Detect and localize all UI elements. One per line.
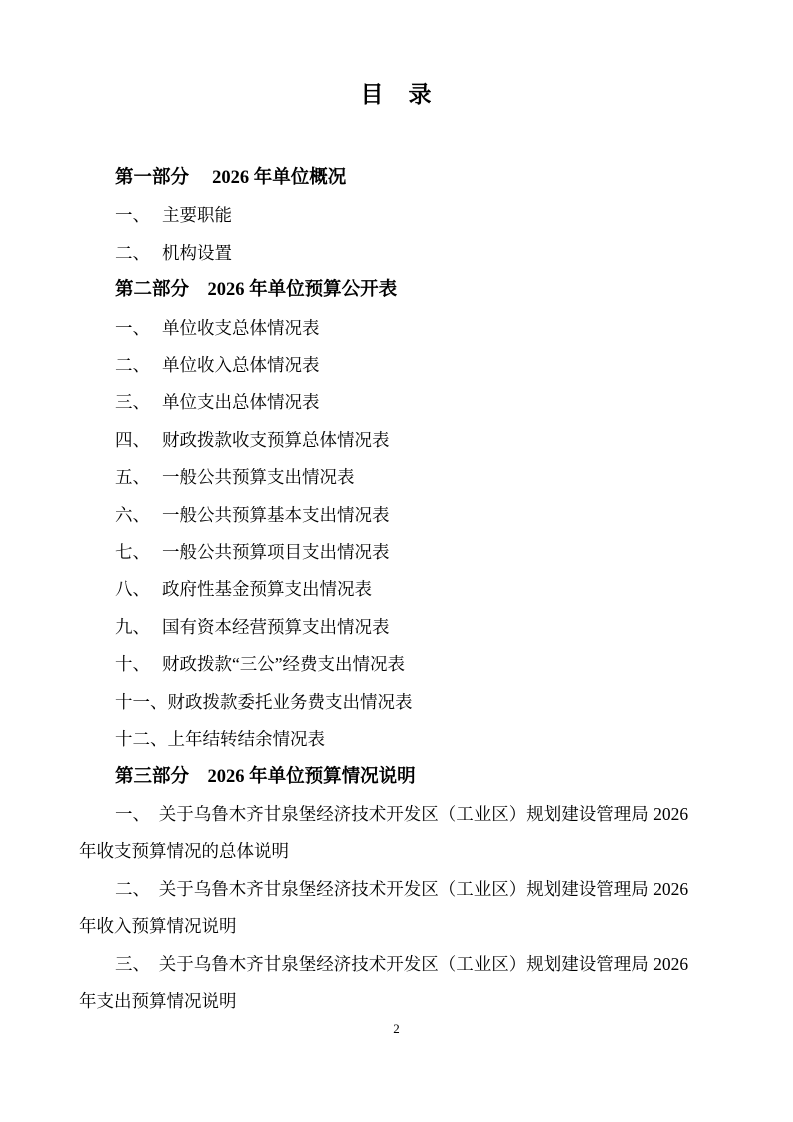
toc-entry-number: 一、	[115, 310, 162, 347]
toc-entry: 三、 单位支出总体情况表	[79, 384, 714, 421]
section-heading-part2: 第二部分 2026 年单位预算公开表	[79, 272, 714, 309]
toc-entry: 十二、 上年结转结余情况表	[79, 721, 714, 758]
toc-entry-number: 五、	[115, 459, 162, 496]
table-of-contents: 第一部分 2026 年单位概况 一、 主要职能 二、 机构设置 第二部分 202…	[79, 160, 714, 1020]
section-heading-part1: 第一部分 2026 年单位概况	[79, 160, 714, 197]
toc-entry-number: 十一、	[115, 684, 168, 721]
toc-entry-number: 二、	[115, 235, 162, 272]
toc-entry: 二、 单位收入总体情况表	[79, 347, 714, 384]
toc-entry: 一、 单位收支总体情况表	[79, 310, 714, 347]
toc-entry-number: 八、	[115, 571, 162, 608]
toc-entry-label: 上年结转结余情况表	[168, 721, 326, 758]
toc-entry: 十一、 财政拨款委托业务费支出情况表	[79, 684, 714, 721]
toc-entry: 八、 政府性基金预算支出情况表	[79, 571, 714, 608]
toc-entry-number: 十二、	[115, 721, 168, 758]
toc-entry: 二、 机构设置	[79, 235, 714, 272]
toc-entry: 四、 财政拨款收支预算总体情况表	[79, 422, 714, 459]
toc-entry: 七、 一般公共预算项目支出情况表	[79, 534, 714, 571]
toc-entry-label: 财政拨款收支预算总体情况表	[162, 422, 390, 459]
toc-entry: 五、 一般公共预算支出情况表	[79, 459, 714, 496]
toc-entry: 一、 主要职能	[79, 197, 714, 234]
toc-entry-number: 二、	[115, 347, 162, 384]
document-page: 目 录 第一部分 2026 年单位概况 一、 主要职能 二、 机构设置 第二部分…	[0, 0, 793, 1122]
toc-entry-number: 七、	[115, 534, 162, 571]
toc-entry: 十、 财政拨款“三公”经费支出情况表	[79, 646, 714, 683]
toc-paragraph-line: 年收支预算情况的总体说明	[79, 833, 714, 870]
toc-entry-label: 一般公共预算基本支出情况表	[162, 497, 390, 534]
page-title: 目 录	[0, 0, 793, 112]
toc-entry-number: 十、	[115, 646, 162, 683]
toc-entry-label: 财政拨款“三公”经费支出情况表	[162, 646, 405, 683]
toc-entry-label: 国有资本经营预算支出情况表	[162, 609, 390, 646]
section-heading-part3: 第三部分 2026 年单位预算情况说明	[79, 759, 714, 796]
toc-entry-number: 一、	[115, 197, 162, 234]
toc-entry-label: 主要职能	[162, 197, 232, 234]
toc-paragraph-line: 一、 关于乌鲁木齐甘泉堡经济技术开发区（工业区）规划建设管理局 2026	[79, 796, 714, 833]
toc-entry-number: 九、	[115, 609, 162, 646]
toc-entry-label: 一般公共预算项目支出情况表	[162, 534, 390, 571]
toc-paragraph-line: 年支出预算情况说明	[79, 983, 714, 1020]
toc-entry: 九、 国有资本经营预算支出情况表	[79, 609, 714, 646]
toc-entry-label: 机构设置	[162, 235, 232, 272]
toc-paragraph-line: 二、 关于乌鲁木齐甘泉堡经济技术开发区（工业区）规划建设管理局 2026	[79, 871, 714, 908]
page-number: 2	[0, 1020, 793, 1038]
toc-entry-label: 政府性基金预算支出情况表	[162, 571, 372, 608]
toc-entry-number: 四、	[115, 422, 162, 459]
toc-entry-label: 单位收入总体情况表	[162, 347, 320, 384]
toc-entry-label: 单位收支总体情况表	[162, 310, 320, 347]
toc-entry-label: 一般公共预算支出情况表	[162, 459, 355, 496]
toc-entry-number: 六、	[115, 497, 162, 534]
toc-entry-number: 三、	[115, 384, 162, 421]
toc-paragraph-line: 年收入预算情况说明	[79, 908, 714, 945]
toc-entry-label: 单位支出总体情况表	[162, 384, 320, 421]
toc-entry: 六、 一般公共预算基本支出情况表	[79, 497, 714, 534]
toc-entry-label: 财政拨款委托业务费支出情况表	[168, 684, 413, 721]
toc-paragraph-line: 三、 关于乌鲁木齐甘泉堡经济技术开发区（工业区）规划建设管理局 2026	[79, 946, 714, 983]
